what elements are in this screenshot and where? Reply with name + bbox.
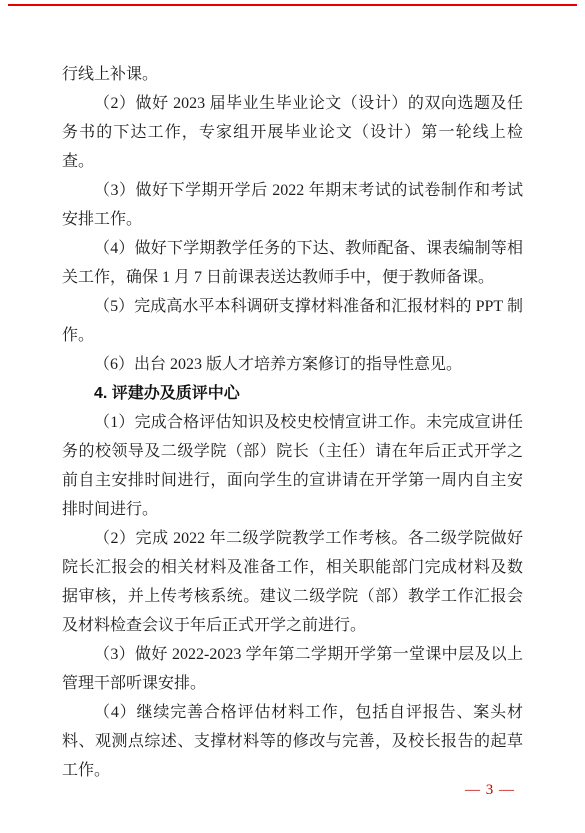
paragraph: （4）继续完善合格评估材料工作，包括自评报告、案头材料、观测点综述、支撑材料等的… bbox=[62, 698, 523, 785]
header-rule bbox=[8, 4, 577, 6]
paragraph: （3）做好 2022-2023 学年第二学期开学第一堂课中层及以上管理干部听课安… bbox=[62, 640, 523, 698]
paragraph: （4）做好下学期教学任务的下达、教师配备、课表编制等相关工作，确保 1 月 7 … bbox=[62, 234, 523, 292]
paragraph: （2）完成 2022 年二级学院教学工作考核。各二级学院做好院长汇报会的相关材料… bbox=[62, 524, 523, 640]
paragraph-continuation: 行线上补课。 bbox=[62, 60, 523, 89]
paragraph: （3）做好下学期开学后 2022 年期末考试的试卷制作和考试安排工作。 bbox=[62, 176, 523, 234]
section-heading: 4. 评建办及质评中心 bbox=[62, 379, 523, 408]
page-number: — 3 — bbox=[455, 782, 525, 799]
document-page: 行线上补课。 （2）做好 2023 届毕业生毕业论文（设计）的双向选题及任务书的… bbox=[0, 0, 585, 833]
paragraph: （1）完成合格评估知识及校史校情宣讲工作。未完成宣讲任务的校领导及二级学院（部）… bbox=[62, 408, 523, 524]
paragraph: （2）做好 2023 届毕业生毕业论文（设计）的双向选题及任务书的下达工作，专家… bbox=[62, 89, 523, 176]
document-body: 行线上补课。 （2）做好 2023 届毕业生毕业论文（设计）的双向选题及任务书的… bbox=[62, 60, 523, 785]
paragraph: （6）出台 2023 版人才培养方案修订的指导性意见。 bbox=[62, 350, 523, 379]
paragraph: （5）完成高水平本科调研支撑材料准备和汇报材料的 PPT 制作。 bbox=[62, 292, 523, 350]
